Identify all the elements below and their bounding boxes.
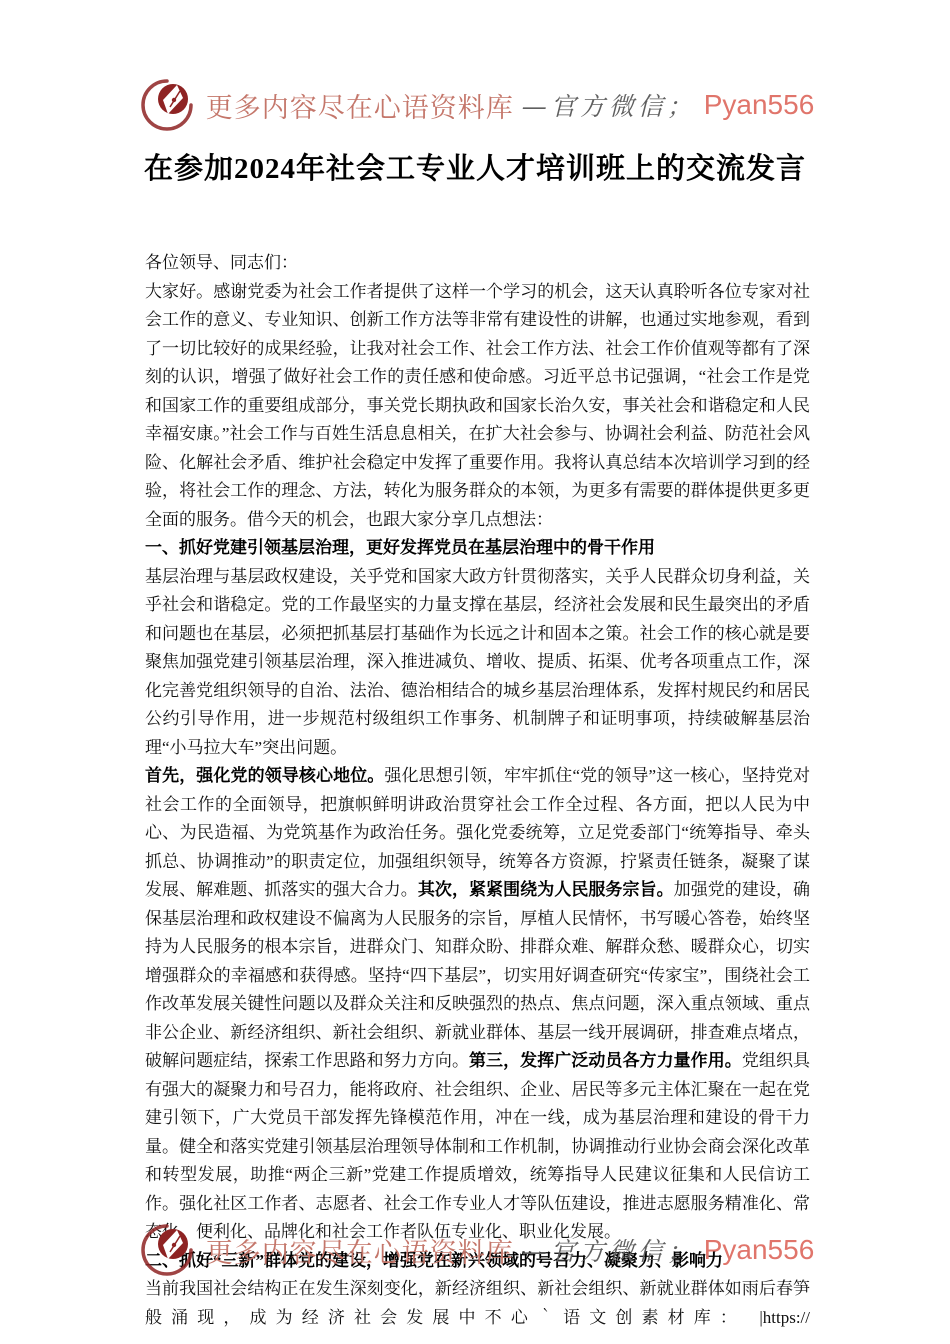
text-run: 基层治理与基层政权建设，关乎党和国家大政方针贯彻落实，关乎人民群众切身利益，关乎… bbox=[145, 567, 810, 757]
pen-nib-logo-icon bbox=[136, 1221, 198, 1279]
text-run: 党组织具有强大的凝聚力和号召力，能将政府、社会组织、企业、居民等多元主体汇聚在一… bbox=[145, 1051, 810, 1241]
section-heading: 一、抓好党建引领基层治理，更好发挥党员在基层治理中的骨干作用 bbox=[145, 534, 810, 563]
paragraph: 大家好。感谢党委为社会工作者提供了这样一个学习的机会，这天认真聆听各位专家对社会… bbox=[145, 278, 810, 535]
document-title: 在参加2024年社会工专业人才培训班上的交流发言 bbox=[0, 146, 950, 187]
text-run: 当前我国社会结构正在发生深刻变化，新经济组织、新社会组织、新就业群体如雨后春笋般… bbox=[145, 1279, 810, 1327]
watermark-brand-text: 更多内容尽在心语资料库 bbox=[206, 1231, 514, 1270]
document-page: 更多内容尽在心语资料库 —官方微信； Pyan556 在参加2024年社会工专业… bbox=[0, 0, 950, 1344]
watermark-brand-text: 更多内容尽在心语资料库 bbox=[206, 86, 514, 125]
pen-nib-logo-icon bbox=[136, 76, 198, 134]
watermark-wechat-id: Pyan556 bbox=[704, 1234, 815, 1266]
watermark-header: 更多内容尽在心语资料库 —官方微信； Pyan556 bbox=[0, 76, 950, 134]
bold-text-run: 其次，紧紧围绕为人民服务宗旨。 bbox=[418, 880, 674, 899]
watermark-wechat-label: —官方微信； bbox=[522, 87, 696, 123]
paragraph: 首先，强化党的领导核心地位。强化思想引领，牢牢抓住“党的领导”这一核心，坚持党对… bbox=[145, 762, 810, 1247]
text-run: 大家好。感谢党委为社会工作者提供了这样一个学习的机会，这天认真聆听各位专家对社会… bbox=[145, 282, 810, 529]
paragraph: 各位领导、同志们： bbox=[145, 249, 810, 278]
bold-text-run: 首先，强化党的领导核心地位。 bbox=[145, 766, 384, 785]
watermark-wechat-label: —官方微信； bbox=[522, 1232, 696, 1268]
text-run: 各位领导、同志们： bbox=[145, 253, 298, 272]
bold-text-run: 一、抓好党建引领基层治理，更好发挥党员在基层治理中的骨干作用 bbox=[145, 538, 655, 557]
text-run: 加强党的建设，确保基层治理和政权建设不偏离为人民服务的宗旨，厚植人民情怀，书写暖… bbox=[145, 880, 810, 1070]
paragraph: 当前我国社会结构正在发生深刻变化，新经济组织、新社会组织、新就业群体如雨后春笋般… bbox=[145, 1275, 810, 1332]
watermark-footer: 更多内容尽在心语资料库 —官方微信； Pyan556 bbox=[0, 1221, 950, 1279]
paragraph: 基层治理与基层政权建设，关乎党和国家大政方针贯彻落实，关乎人民群众切身利益，关乎… bbox=[145, 563, 810, 763]
document-body: 各位领导、同志们：大家好。感谢党委为社会工作者提供了这样一个学习的机会，这天认真… bbox=[145, 249, 810, 1332]
watermark-wechat-id: Pyan556 bbox=[704, 89, 815, 121]
bold-text-run: 第三，发挥广泛动员各方力量作用。 bbox=[469, 1051, 742, 1070]
